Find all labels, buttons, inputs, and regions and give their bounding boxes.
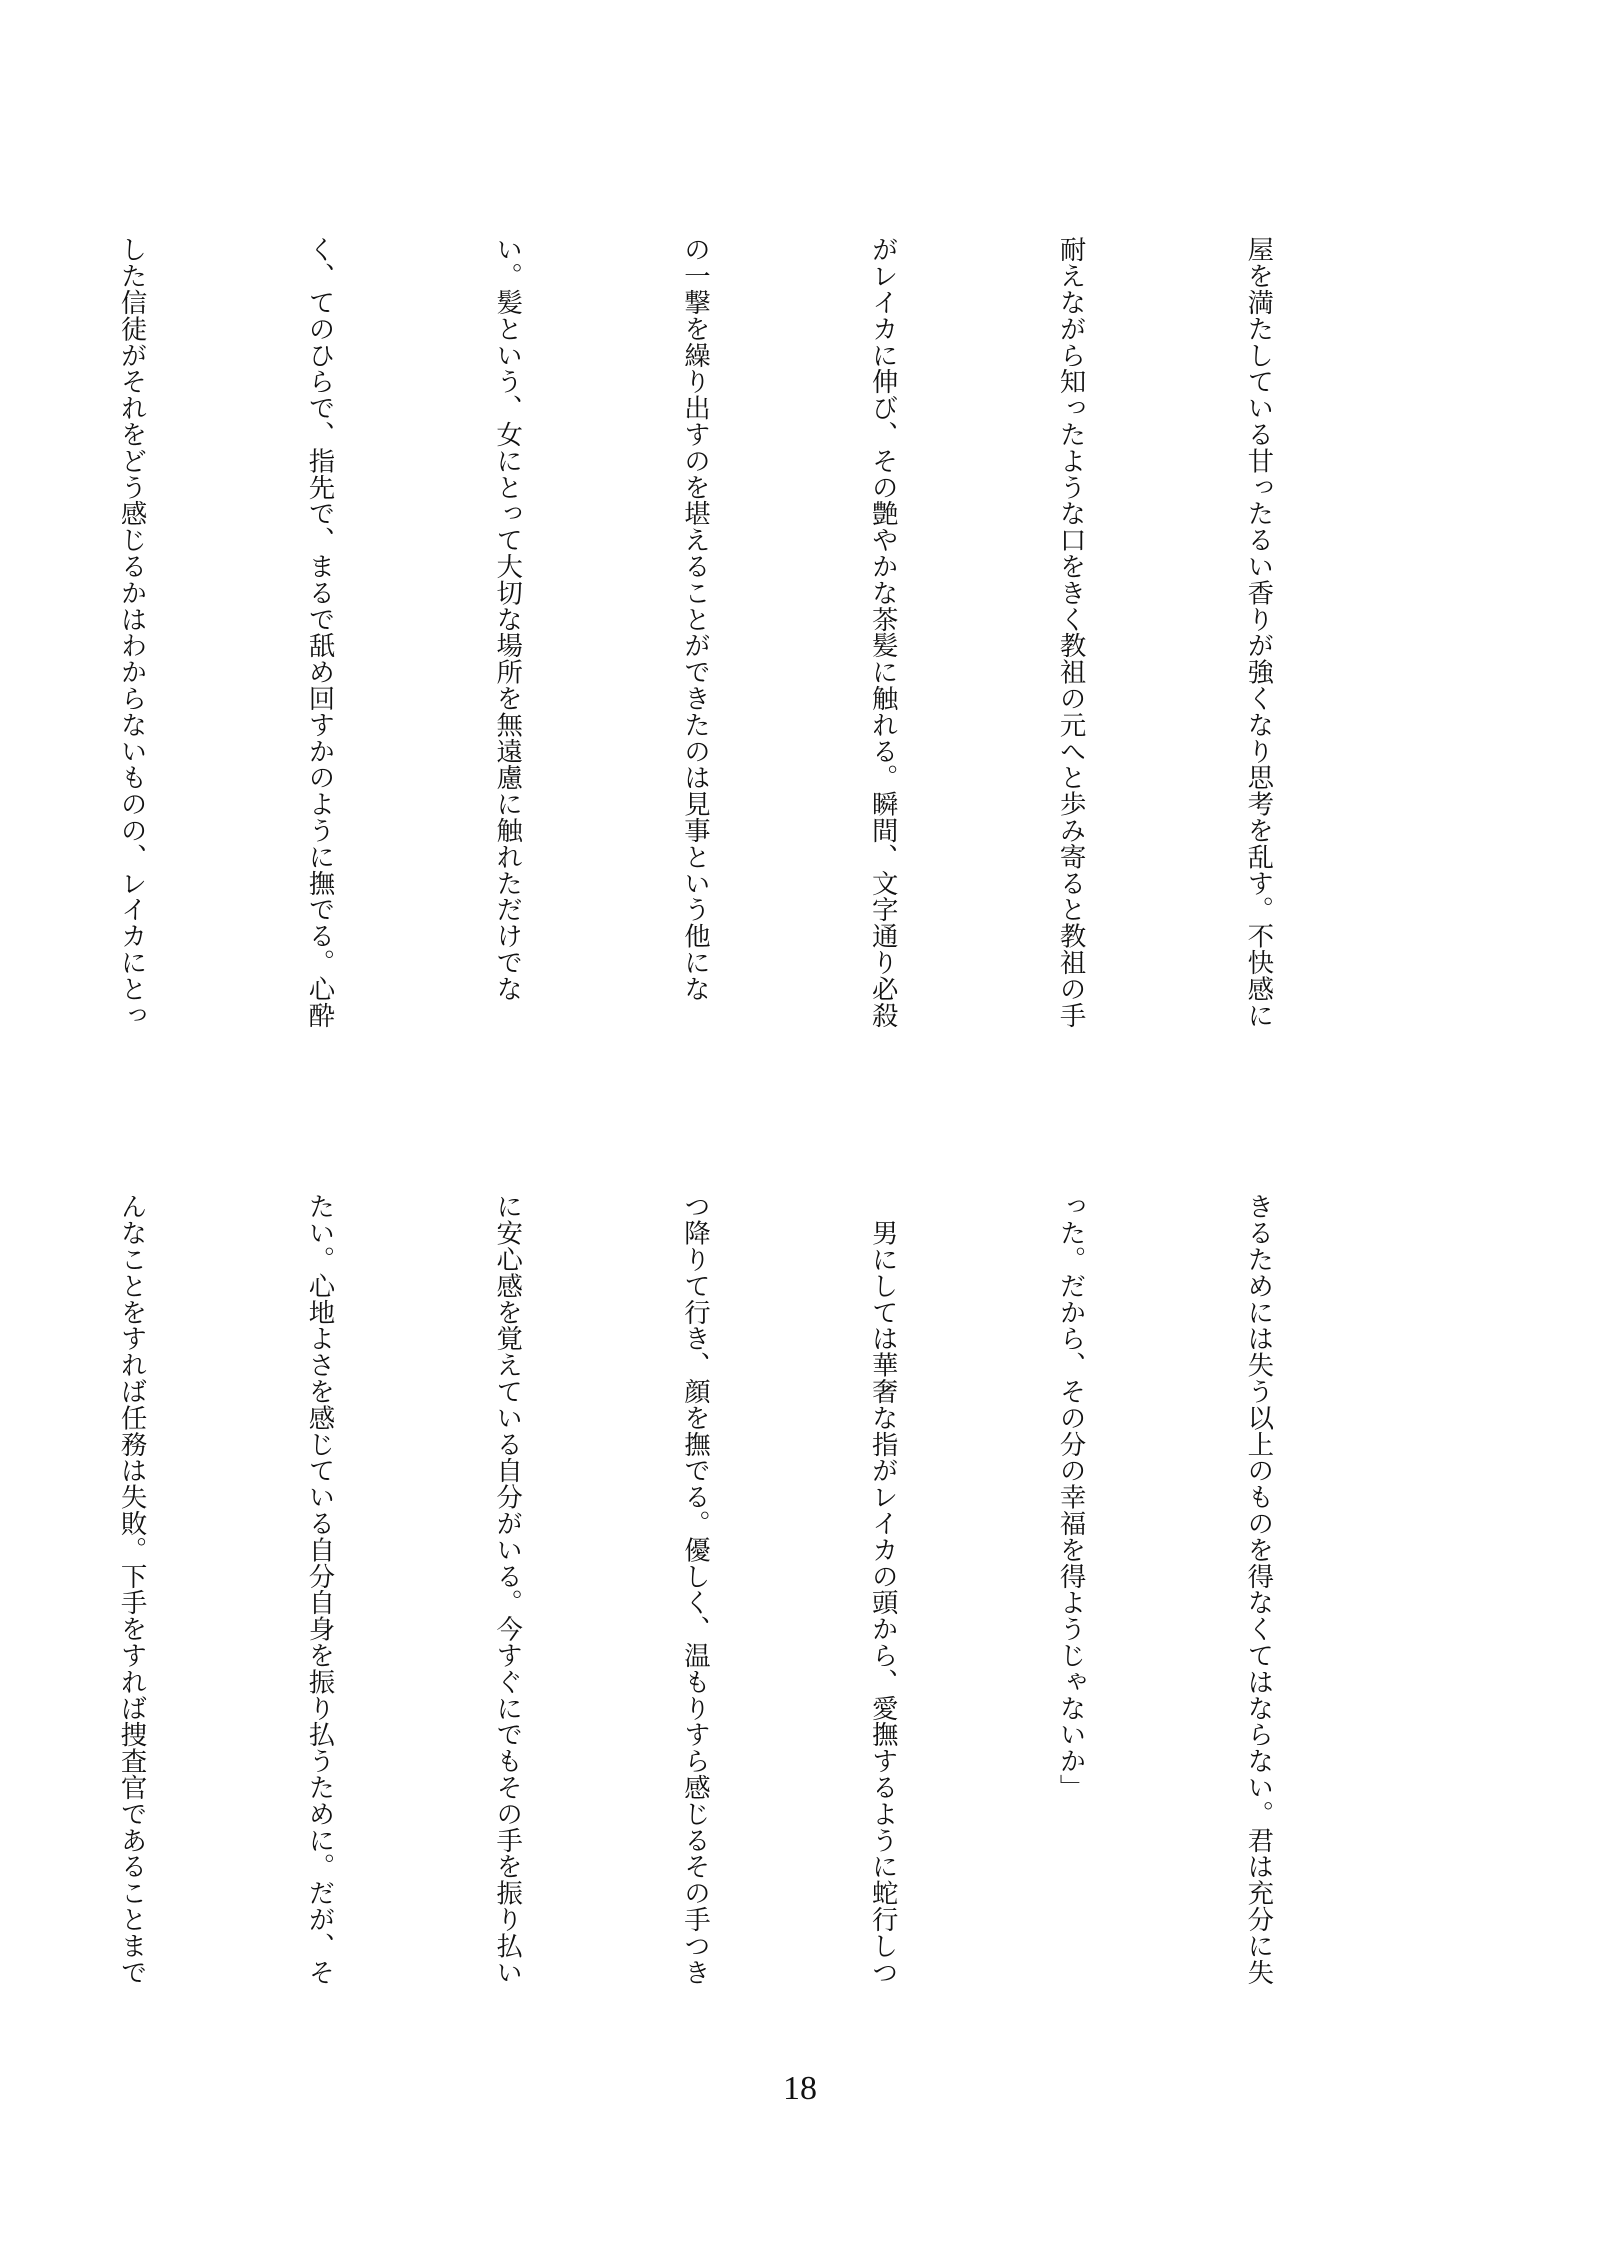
text-column: たい。心地よさを感じている自分自身を振り払うために。だが、そ [287, 1193, 350, 2003]
text-column: んなことをすれば任務は失敗。下手をすれば捜査官であることまで [100, 1193, 163, 2003]
text-column: きるためには失う以上のものを得なくてはならない。君は充分に失 [1226, 1193, 1289, 2003]
text-column: く、てのひらで、指先で、まるで舐め回すかのように撫でる。心酔 [287, 236, 350, 1046]
text-column: 屋を満たしている甘ったるい香りが強くなり思考を乱す。不快感に [1226, 236, 1289, 1046]
book-page: 屋を満たしている甘ったるい香りが強くなり思考を乱す。不快感に 耐えながら知ったよ… [0, 0, 1600, 2259]
text-column: の一撃を繰り出すのを堪えることができたのは見事という他にな [663, 236, 726, 1046]
page-number: 18 [0, 2070, 1600, 2108]
text-column: い。髪という、女にとって大切な場所を無遠慮に触れただけでな [475, 236, 538, 1046]
text-column: に安心感を覚えている自分がいる。今すぐにでもその手を振り払い [475, 1193, 538, 2003]
text-column: がレイカに伸び、その艶やかな茶髪に触れる。瞬間、文字通り必殺 [851, 236, 914, 1046]
lower-text-block: きるためには失う以上のものを得なくてはならない。君は充分に失 った。だから、その… [154, 1193, 1414, 2003]
text-column: 男にしては華奢な指がレイカの頭から、愛撫するように蛇行しつ [851, 1193, 914, 2003]
upper-text-block: 屋を満たしている甘ったるい香りが強くなり思考を乱す。不快感に 耐えながら知ったよ… [154, 236, 1414, 1046]
text-column: った。だから、その分の幸福を得ようじゃないか」 [1038, 1193, 1101, 2003]
text-column: した信徒がそれをどう感じるかはわからないものの、レイカにとっ [100, 236, 163, 1046]
text-column: つ降りて行き、顔を撫でる。優しく、温もりすら感じるその手つき [663, 1193, 726, 2003]
text-column: 耐えながら知ったような口をきく教祖の元へと歩み寄ると教祖の手 [1038, 236, 1101, 1046]
